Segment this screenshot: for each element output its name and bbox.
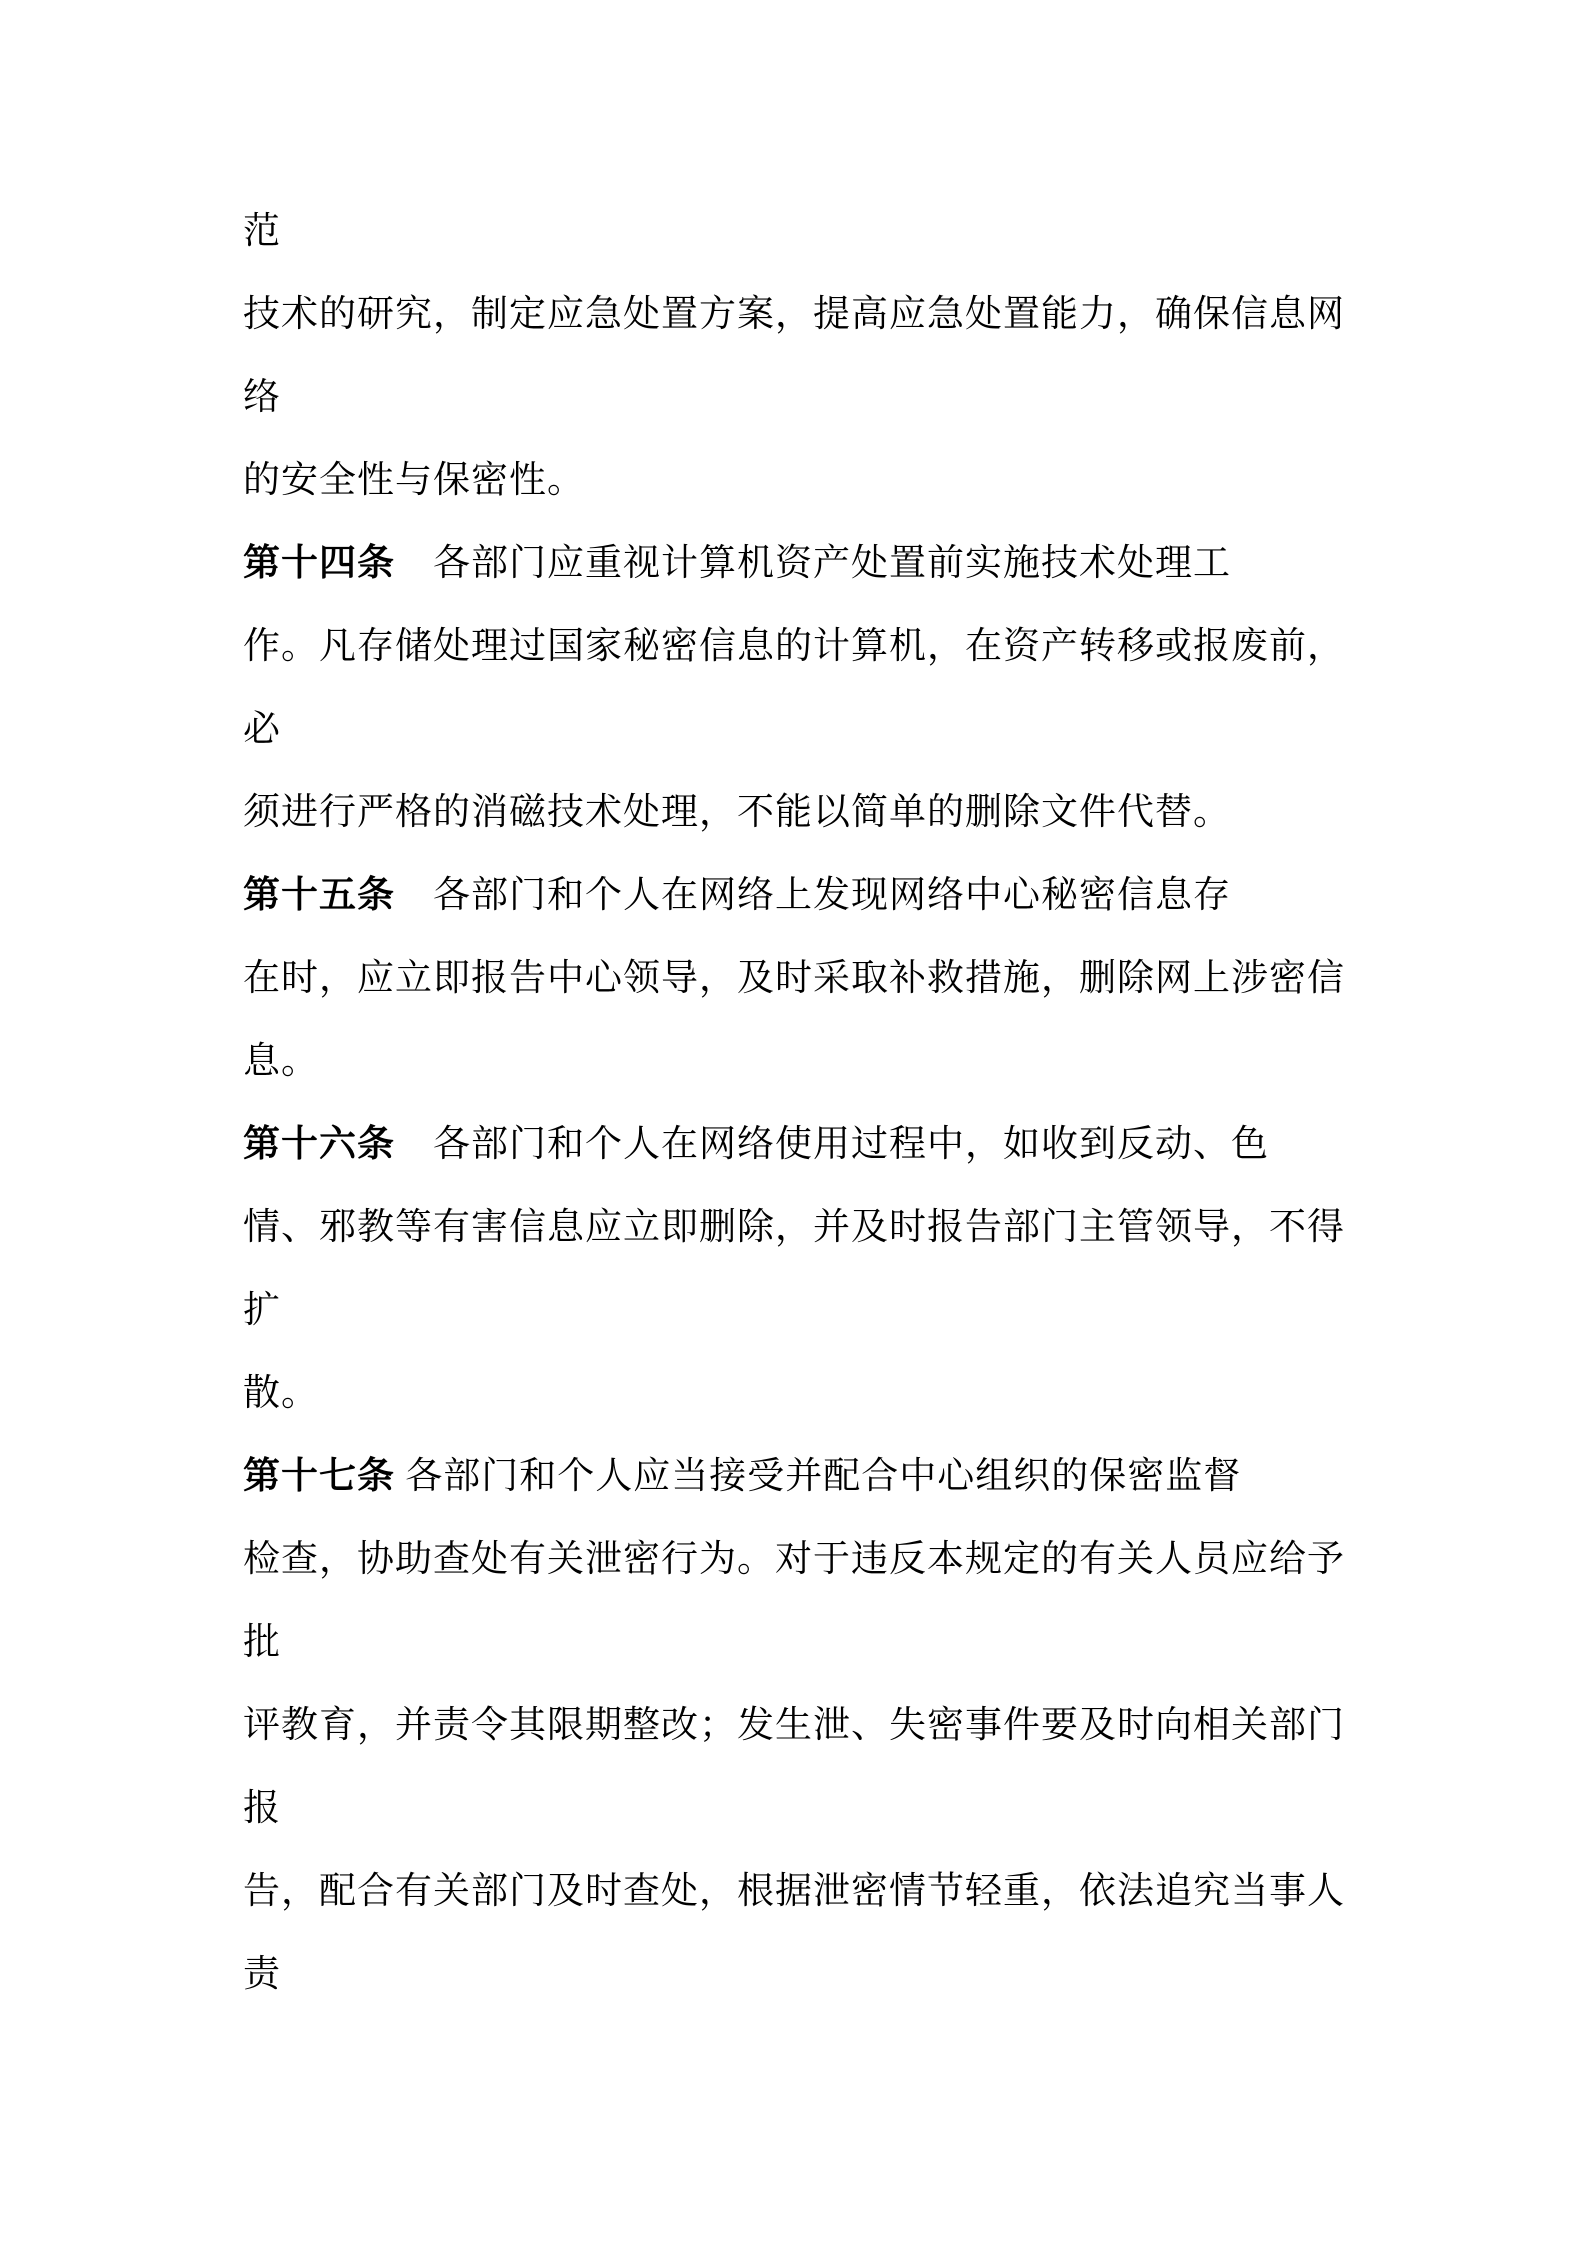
line-text: 批 bbox=[243, 1622, 281, 1663]
line-text: 各部门和个人在网络使用过程中，如收到反动、色 bbox=[395, 1124, 1269, 1165]
line-text: 告，配合有关部门及时查处，根据泄密情节轻重，依法追究当事人 bbox=[243, 1871, 1345, 1912]
text-line: 作。凡存储处理过国家秘密信息的计算机，在资产转移或报废前， bbox=[243, 605, 1403, 688]
line-text: 须进行严格的消磁技术处理，不能以简单的删除文件代替。 bbox=[243, 792, 1231, 833]
text-line: 评教育，并责令其限期整改；发生泄、失密事件要及时向相关部门 bbox=[243, 1684, 1403, 1767]
text-line: 检查，协助查处有关泄密行为。对于违反本规定的有关人员应给予 bbox=[243, 1518, 1403, 1601]
text-line: 第十四条 各部门应重视计算机资产处置前实施技术处理工 bbox=[243, 522, 1403, 605]
article-number: 第十七条 bbox=[243, 1456, 395, 1497]
text-line: 技术的研究，制定应急处置方案，提高应急处置能力，确保信息网 bbox=[243, 273, 1403, 356]
line-text: 散。 bbox=[243, 1373, 319, 1414]
text-line: 告，配合有关部门及时查处，根据泄密情节轻重，依法追究当事人 bbox=[243, 1850, 1403, 1933]
text-line: 在时，应立即报告中心领导，及时采取补救措施，删除网上涉密信 bbox=[243, 937, 1403, 1020]
text-line: 必 bbox=[243, 688, 1403, 771]
line-text: 检查，协助查处有关泄密行为。对于违反本规定的有关人员应给予 bbox=[243, 1539, 1345, 1580]
article-number: 第十五条 bbox=[243, 875, 395, 916]
text-line: 范 bbox=[243, 190, 1403, 273]
text-line: 报 bbox=[243, 1767, 1403, 1850]
line-text: 报 bbox=[243, 1788, 281, 1829]
text-line: 散。 bbox=[243, 1352, 1403, 1435]
line-text: 各部门和个人在网络上发现网络中心秘密信息存 bbox=[395, 875, 1231, 916]
line-text: 各部门应重视计算机资产处置前实施技术处理工 bbox=[395, 543, 1231, 584]
line-text: 技术的研究，制定应急处置方案，提高应急处置能力，确保信息网 bbox=[243, 294, 1345, 335]
text-line: 息。 bbox=[243, 1020, 1403, 1103]
text-block: 范技术的研究，制定应急处置方案，提高应急处置能力，确保信息网络的安全性与保密性。… bbox=[243, 190, 1403, 2016]
text-line: 扩 bbox=[243, 1269, 1403, 1352]
text-line: 情、邪教等有害信息应立即删除，并及时报告部门主管领导，不得 bbox=[243, 1186, 1403, 1269]
article-number: 第十六条 bbox=[243, 1124, 395, 1165]
document-page: 范技术的研究，制定应急处置方案，提高应急处置能力，确保信息网络的安全性与保密性。… bbox=[0, 0, 1587, 2245]
line-text: 责 bbox=[243, 1954, 281, 1995]
line-text: 各部门和个人应当接受并配合中心组织的保密监督 bbox=[395, 1456, 1241, 1497]
line-text: 扩 bbox=[243, 1290, 281, 1331]
line-text: 息。 bbox=[243, 1041, 319, 1082]
line-text: 范 bbox=[243, 211, 281, 252]
text-line: 责 bbox=[243, 1933, 1403, 2016]
text-line: 第十五条 各部门和个人在网络上发现网络中心秘密信息存 bbox=[243, 854, 1403, 937]
text-line: 第十六条 各部门和个人在网络使用过程中，如收到反动、色 bbox=[243, 1103, 1403, 1186]
text-line: 络 bbox=[243, 356, 1403, 439]
article-number: 第十四条 bbox=[243, 543, 395, 584]
line-text: 作。凡存储处理过国家秘密信息的计算机，在资产转移或报废前， bbox=[243, 626, 1345, 667]
line-text: 情、邪教等有害信息应立即删除，并及时报告部门主管领导，不得 bbox=[243, 1207, 1345, 1248]
text-line: 第十七条 各部门和个人应当接受并配合中心组织的保密监督 bbox=[243, 1435, 1403, 1518]
line-text: 络 bbox=[243, 377, 281, 418]
text-line: 须进行严格的消磁技术处理，不能以简单的删除文件代替。 bbox=[243, 771, 1403, 854]
text-line: 的安全性与保密性。 bbox=[243, 439, 1403, 522]
line-text: 在时，应立即报告中心领导，及时采取补救措施，删除网上涉密信 bbox=[243, 958, 1345, 999]
line-text: 必 bbox=[243, 709, 281, 750]
line-text: 评教育，并责令其限期整改；发生泄、失密事件要及时向相关部门 bbox=[243, 1705, 1345, 1746]
text-line: 批 bbox=[243, 1601, 1403, 1684]
line-text: 的安全性与保密性。 bbox=[243, 460, 585, 501]
